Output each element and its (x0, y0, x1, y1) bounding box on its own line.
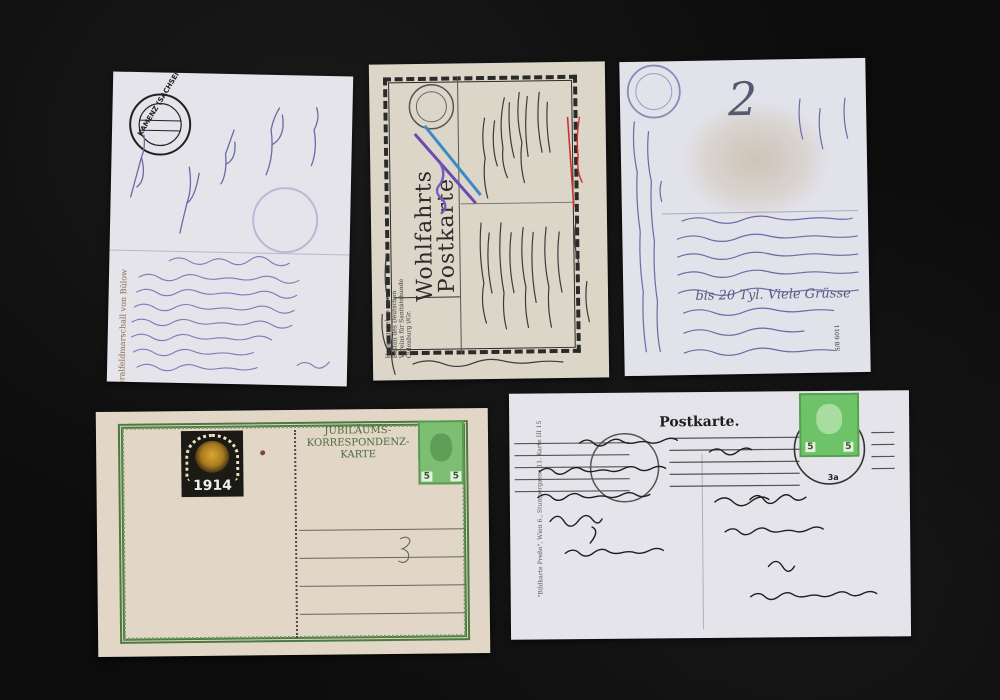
handwriting-strokes: KAMENZ (SACHSEN) (107, 72, 353, 387)
franz-joseph-stamp: 5 5 (799, 393, 860, 458)
postcard-salzburg: Postkarte. "Bildkarte Preße", Wien 6., S… (509, 390, 911, 639)
postmark-kiel (409, 84, 454, 129)
postcard-kamenz: KAMENZ (SACHSEN) Generalfeldmarschall vo… (107, 72, 353, 387)
print-code: S/8 6011 (834, 324, 841, 351)
stamp-value-left: 5 (805, 442, 815, 452)
stamp-value-right: 5 (843, 442, 853, 452)
emperor-portrait-icon (816, 404, 842, 434)
postcard-wohlfahrts: Wohlfahrts Postkarte Herausgegeben zum B… (369, 61, 609, 380)
message-fragment: bis 20 Tyl. Viele Grüsse (695, 286, 851, 304)
postmark-number: 3a (828, 473, 839, 482)
postcard-stained: 2 bis 20 Tyl. Viele Grüsse S/8 6011 (619, 58, 870, 376)
handwriting-strokes: bis 20 Tyl. Viele Grüsse (619, 58, 870, 376)
postmark-text: KAMENZ (SACHSEN) (136, 72, 184, 138)
postcard-jubilaeums: JUBILÄUMS- KORRESPONDENZ- KARTE 1914 5 5 (96, 408, 491, 657)
handwriting-strokes (369, 61, 609, 380)
postmark-stadt (627, 65, 680, 118)
pencil-mark (96, 408, 491, 657)
